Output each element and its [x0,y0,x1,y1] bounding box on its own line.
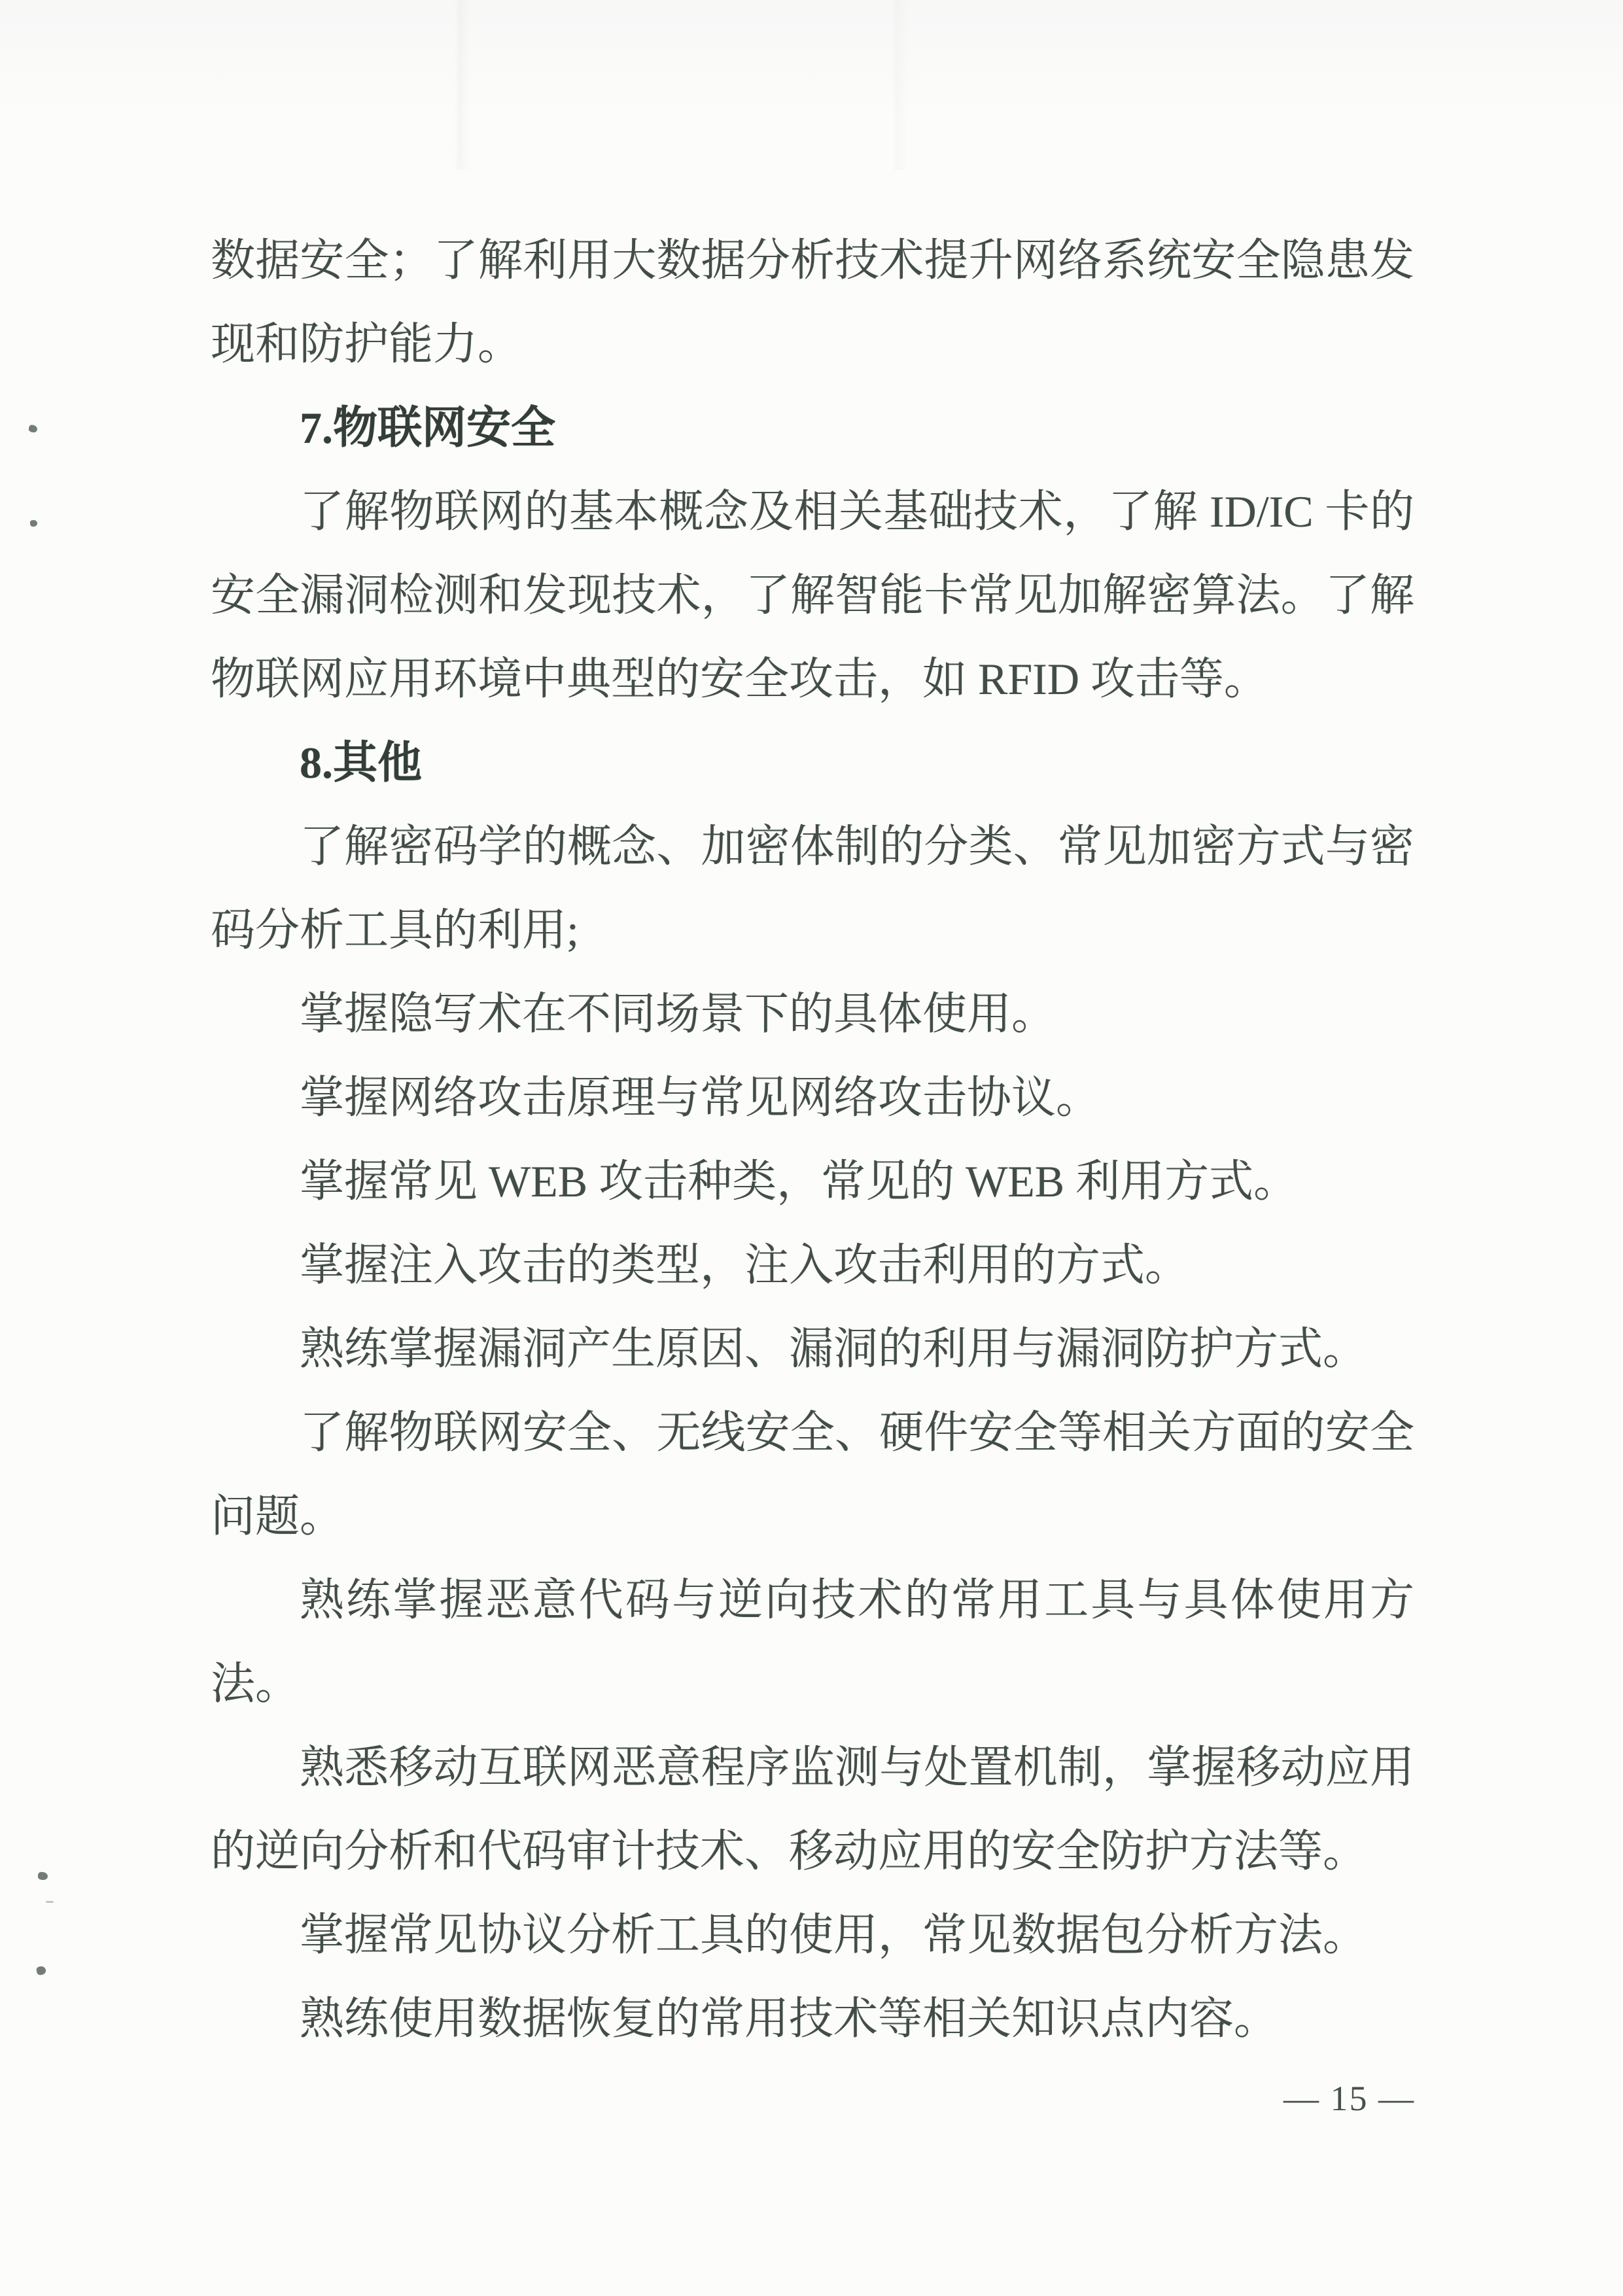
scanned-document-page: 数据安全；了解利用大数据分析技术提升网络系统安全隐患发 现和防护能力。 7.物联… [0,0,1623,2296]
text-line: 熟悉移动互联网恶意程序监测与处置机制，掌握移动应用 [211,1726,1414,1809]
text-line: 安全漏洞检测和发现技术，了解智能卡常见加解密算法。了解 [211,553,1414,637]
ink-speck [36,1966,46,1976]
text-line: 熟练掌握恶意代码与逆向技术的常用工具与具体使用方 [211,1558,1414,1642]
section-heading: 7.物联网安全 [211,386,1414,470]
text-line: 了解密码学的概念、加密体制的分类、常见加密方式与密 [211,805,1414,888]
text-line: 了解物联网安全、无线安全、硬件安全等相关方面的安全 [211,1391,1414,1474]
text-line: 熟练使用数据恢复的常用技术等相关知识点内容。 [211,1977,1414,2061]
text-line: 码分析工具的利用; [211,888,1414,972]
text-line: 掌握注入攻击的类型，注入攻击利用的方式。 [211,1223,1414,1307]
text-line: 掌握网络攻击原理与常见网络攻击协议。 [211,1056,1414,1139]
scan-noise-overlay [0,0,1623,170]
text-line: 掌握常见协议分析工具的使用，常见数据包分析方法。 [211,1893,1414,1977]
text-line: 的逆向分析和代码审计技术、移动应用的安全防护方法等。 [211,1809,1414,1893]
text-line: 物联网应用环境中典型的安全攻击，如 RFID 攻击等。 [211,637,1414,721]
page-number: — 15 — [1283,2072,1415,2125]
text-line: 熟练掌握漏洞产生原因、漏洞的利用与漏洞防护方式。 [211,1307,1414,1391]
text-line: 法。 [211,1642,1414,1726]
text-line: 掌握隐写术在不同场景下的具体使用。 [211,972,1414,1056]
text-line: 现和防护能力。 [211,302,1414,386]
ink-speck [46,1901,54,1903]
ink-speck [29,519,37,527]
text-line: 数据安全；了解利用大数据分析技术提升网络系统安全隐患发 [211,218,1414,302]
section-heading: 8.其他 [211,721,1414,805]
document-body: 数据安全；了解利用大数据分析技术提升网络系统安全隐患发 现和防护能力。 7.物联… [211,218,1414,2061]
text-line: 掌握常见 WEB 攻击种类，常见的 WEB 利用方式。 [211,1139,1414,1223]
text-line: 了解物联网的基本概念及相关基础技术，了解 ID/IC 卡的 [211,470,1414,553]
text-line: 问题。 [211,1474,1414,1558]
ink-speck [28,425,38,434]
ink-speck [37,1871,48,1881]
